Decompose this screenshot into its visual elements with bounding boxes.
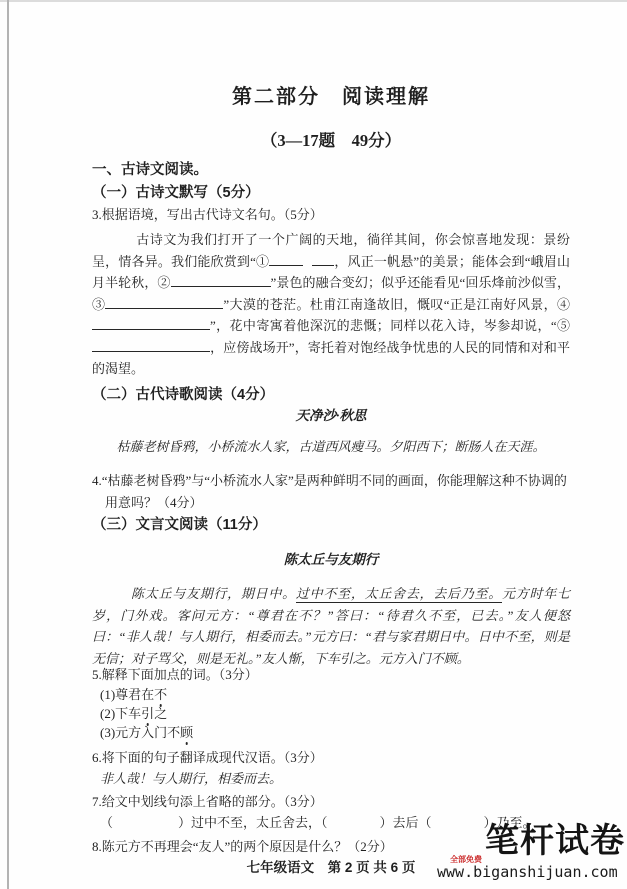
passage-text: ”大漠的苍茫。杜甫江南逢故旧，慨叹“正是江南好风景，④ (223, 297, 570, 312)
classical-passage-title: 陈太丘与友期行 (92, 550, 570, 570)
dotted-word: 顾 (180, 723, 193, 742)
subsection-heading-classical: （三）文言文阅读（11分） (92, 514, 570, 536)
poem-title: 天净沙·秋思 (92, 406, 570, 426)
question-3-label: 3.根据语境，写出古代诗文名句。（5分） (92, 204, 570, 226)
subsection-heading-ancient-poem: （二）古代诗歌阅读（4分） (92, 384, 570, 406)
watermark: 笔杆试卷 全部免费 www.biganshijuan.com (437, 826, 627, 886)
fill-in-blank-3 (105, 295, 223, 309)
fill-in-blank-2 (171, 273, 271, 287)
subsection-heading-dictation: （一）古诗文默写（5分） (92, 182, 570, 204)
question-3-passage: 古诗文为我们打开了一个广阔的天地，徜徉其间，你会惊喜地发现：景纷呈，情各异。我们… (92, 229, 570, 380)
question-6-label: 6.将下面的句子翻译成现代汉语。（3分） (92, 747, 570, 768)
item-text: (2)下车 (100, 706, 141, 721)
exam-content: 第二部分 阅读理解 （3—17题 49分） 一、古诗文阅读。 （一）古诗文默写（… (92, 84, 570, 878)
fill-in-blank-5 (92, 338, 210, 352)
section-heading-poetry-reading: 一、古诗文阅读。 (92, 159, 570, 181)
poem-line: 枯藤老树昏鸦，小桥流水人家，古道西风瘦马。夕阳西下；断肠人在天涯。 (92, 437, 570, 457)
fill-in-blank-1b (312, 252, 334, 266)
fill-in-blank-1a (269, 252, 303, 266)
dotted-word: 引 (141, 704, 154, 723)
passage-text: ”，花中寄寓着他深沉的悲慨；同样以花入诗，岑参却说，“⑤ (210, 318, 570, 333)
scan-edge-top (0, 0, 627, 2)
classical-passage: 陈太丘与友期行，期日中。过中不至，太丘舍去，去后乃至。元方时年七岁，门外戏。客问… (92, 583, 570, 669)
dotted-word: 不 (154, 685, 167, 704)
item-text: (1)尊君在 (100, 687, 154, 702)
question-4-label: 4.“枯藤老树昏鸦”与“小桥流水人家”是两种鲜明不同的画面，你能理解这种不协调的… (92, 470, 570, 513)
underlined-sentence: 过中不至，太丘舍去，去后乃至。 (296, 586, 502, 603)
item-text: (3)元方入门不 (100, 725, 180, 740)
passage-text: 陈太丘与友期行，期日中。 (131, 586, 296, 601)
fill-in-blank-4 (92, 316, 210, 330)
scan-edge-left (7, 0, 9, 889)
item-text: 之 (154, 706, 167, 721)
question-5-item-2: (2)下车引之 (100, 704, 570, 723)
watermark-url: www.biganshijuan.com (437, 863, 618, 881)
scanned-exam-page: 第二部分 阅读理解 （3—17题 49分） 一、古诗文阅读。 （一）古诗文默写（… (0, 0, 627, 889)
watermark-brand: 笔杆试卷 (485, 822, 625, 860)
part-score-note: （3—17题 49分） (92, 130, 570, 152)
question-7-label: 7.给文中划线句添上省略的部分。（3分） (92, 791, 570, 812)
question-5-item-3: (3)元方入门不顾 (100, 723, 570, 742)
part-title: 第二部分 阅读理解 (92, 84, 570, 110)
question-6-sentence: 非人哉！与人期行，相委而去。 (100, 768, 570, 789)
question-5-item-1: (1)尊君在不 (100, 685, 570, 704)
